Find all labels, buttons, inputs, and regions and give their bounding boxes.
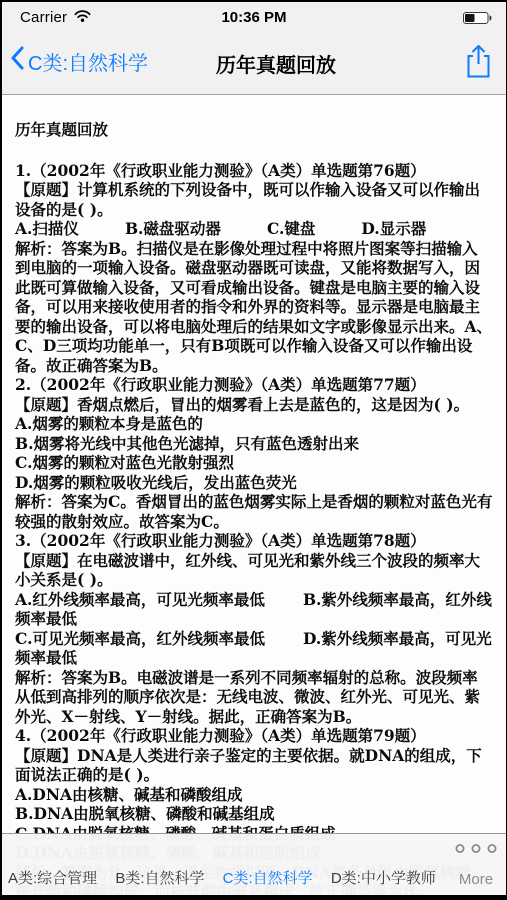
tab-more[interactable]: More: [454, 841, 498, 888]
option-a: A.红外线频率最高，可见光频率最低: [15, 590, 265, 609]
back-button-label: C类:自然科学: [28, 47, 148, 76]
option-b: B.磁盘驱动器: [125, 219, 221, 238]
tab-b-category[interactable]: B类:自然科学: [115, 867, 204, 888]
question-analysis: 解析：答案为B。扫描仪是在影像处理过程中将照片图案等扫描输入到电脑的一项输入设备…: [15, 239, 493, 376]
share-button[interactable]: [465, 44, 492, 84]
option-a: A.DNA由核糖、碱基和磷酸组成: [15, 785, 493, 805]
content-heading: 历年真题回放: [15, 120, 493, 140]
question-analysis: 解析：答案为C。香烟冒出的蓝色烟雾实际上是香烟的颗粒对蓝色光有较强的散射效应。故…: [15, 492, 493, 531]
option-a: A.烟雾的颗粒本身是蓝色的: [15, 414, 493, 434]
question-stem: 【原题】在电磁波谱中，红外线、可见光和紫外线三个波段的频率大小关系是( )。: [15, 551, 493, 590]
share-icon: [465, 66, 492, 83]
status-time: 10:36 PM: [2, 9, 506, 26]
tab-d-category[interactable]: D类:中小学教师: [331, 867, 436, 888]
question-options-row: A.红外线频率最高，可见光频率最低B.紫外线频率最高，红外线频率最低: [15, 590, 493, 629]
option-b: B.DNA由脱氧核糖、磷酸和碱基组成: [15, 804, 493, 824]
question-header: 1.（2002年《行政职业能力测验》（A类）单选题第76题）: [15, 161, 493, 181]
navigation-bar: C类:自然科学 历年真题回放: [2, 32, 506, 95]
tab-c-category[interactable]: C类:自然科学: [223, 867, 313, 888]
chevron-left-icon: [10, 46, 24, 76]
question-options: A.扫描仪B.磁盘驱动器C.键盘D.显示器: [15, 219, 493, 239]
tab-label: B类:自然科学: [115, 867, 204, 888]
tab-label: C类:自然科学: [223, 867, 313, 888]
back-button[interactable]: C类:自然科学: [10, 46, 148, 76]
status-bar: Carrier 10:36 PM: [2, 2, 506, 32]
option-d: D.烟雾的颗粒吸收光线后，发出蓝色荧光: [15, 473, 493, 493]
option-c: C.键盘: [267, 219, 315, 238]
question-stem: 【原题】DNA是人类进行亲子鉴定的主要依据。就DNA的组成，下面说法正确的是( …: [15, 746, 493, 785]
tab-a-category[interactable]: A类:综合管理: [8, 867, 97, 888]
option-d: D.显示器: [361, 219, 426, 238]
question-block: 1.（2002年《行政职业能力测验》（A类）单选题第76题） 【原题】计算机系统…: [15, 161, 493, 376]
tab-label: D类:中小学教师: [331, 867, 436, 888]
question-block: 2.（2002年《行政职业能力测验》（A类）单选题第77题） 【原题】香烟点燃后…: [15, 375, 493, 531]
option-c: C.烟雾的颗粒对蓝色光散射强烈: [15, 453, 493, 473]
tab-label: More: [459, 871, 493, 888]
option-b: B.烟雾将光线中其他色光滤掉，只有蓝色透射出来: [15, 434, 493, 454]
option-a: A.扫描仪: [15, 219, 79, 238]
page-title: 历年真题回放: [216, 49, 336, 78]
question-options-row: C.可见光频率最高，红外线频率最低D.紫外线频率最高，可见光频率最低: [15, 629, 493, 668]
tab-bar: A类:综合管理 B类:自然科学 C类:自然科学 D类:中小学教师 More: [2, 833, 506, 895]
tab-label: A类:综合管理: [8, 867, 97, 888]
question-stem: 【原题】香烟点燃后，冒出的烟雾看上去是蓝色的，这是因为( )。: [15, 395, 493, 415]
question-header: 2.（2002年《行政职业能力测验》（A类）单选题第77题）: [15, 375, 493, 395]
question-header: 4.（2002年《行政职业能力测验》（A类）单选题第79题）: [15, 726, 493, 746]
app-window: Carrier 10:36 PM C类:自然科学: [2, 2, 506, 895]
question-scroll-area[interactable]: 历年真题回放 1.（2002年《行政职业能力测验》（A类）单选题第76题） 【原…: [2, 95, 506, 895]
more-dots-icon: [454, 841, 498, 858]
question-stem: 【原题】计算机系统的下列设备中，既可以作输入设备又可以作输出设备的是( )。: [15, 180, 493, 219]
battery-icon: [463, 11, 492, 29]
question-block: 3.（2002年《行政职业能力测验》（A类）单选题第78题） 【原题】在电磁波谱…: [15, 531, 493, 726]
question-header: 3.（2002年《行政职业能力测验》（A类）单选题第78题）: [15, 531, 493, 551]
question-analysis: 解析：答案为B。电磁波谱是一系列不同频率辐射的总称。波段频率从低到高排列的顺序依…: [15, 668, 493, 727]
option-c: C.可见光频率最高，红外线频率最低: [15, 629, 265, 648]
